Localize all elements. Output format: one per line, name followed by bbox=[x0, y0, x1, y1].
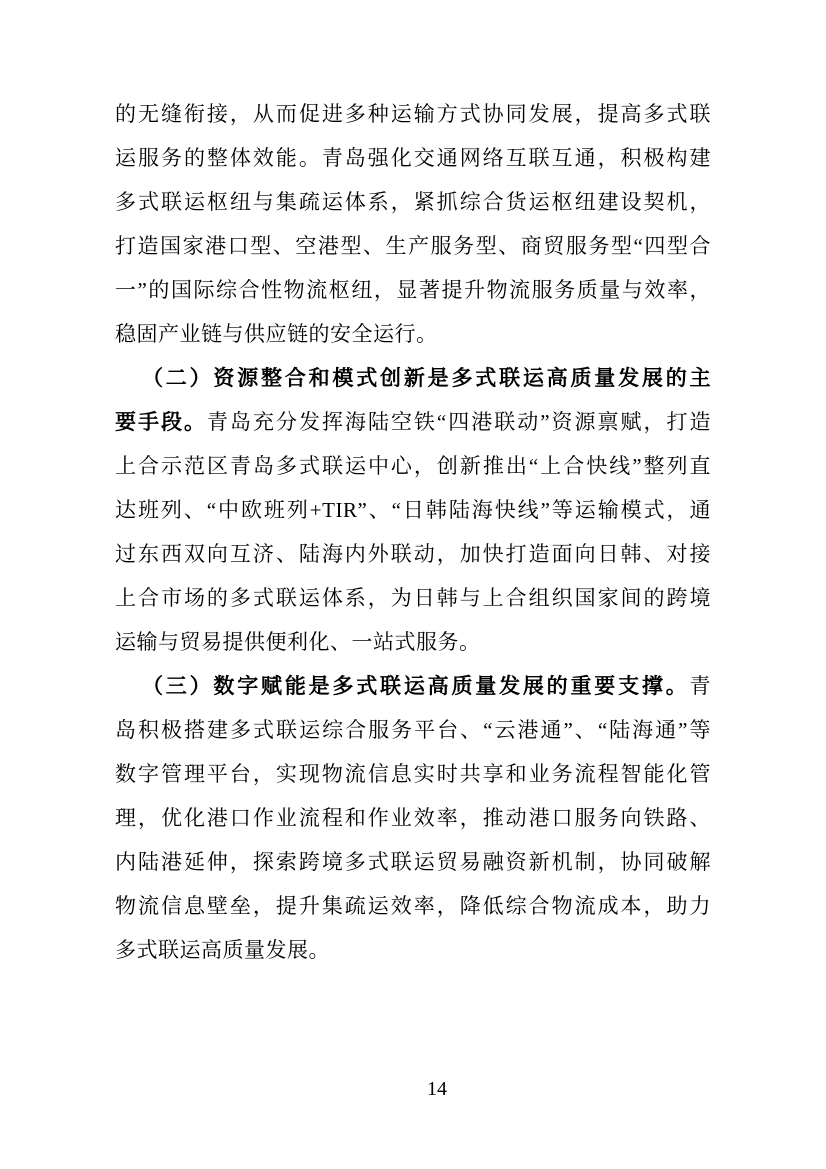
text-run: 物流信息壁垒，提升集疏运效率，降低综合物流成本，助力 bbox=[115, 894, 711, 918]
text-run: 运服务的整体效能。青岛强化交通网络互联互通，积极构建 bbox=[115, 146, 711, 170]
text-run: 青岛充分发挥海陆空铁“四港联动”资源禀赋，打造 bbox=[207, 410, 711, 434]
text-line: 运输与贸易提供便利化、一站式服务。 bbox=[115, 620, 711, 664]
text-line: 上合市场的多式联运体系，为日韩与上合组织国家间的跨境 bbox=[115, 576, 711, 620]
text-line: 一”的国际综合性物流枢纽，显著提升物流服务质量与效率， bbox=[115, 268, 711, 312]
text-run-bold: （三）数字赋能是多式联运高质量发展的重要支撑。 bbox=[142, 674, 690, 698]
text-line: 多式联运枢纽与集疏运体系，紧抓综合货运枢纽建设契机， bbox=[115, 180, 711, 224]
text-run: 运输与贸易提供便利化、一站式服务。 bbox=[115, 630, 481, 654]
text-run: 青 bbox=[690, 674, 712, 698]
document-page: 的无缝衔接，从而促进多种运输方式协同发展，提高多式联运服务的整体效能。青岛强化交… bbox=[0, 0, 826, 1169]
text-run: 达班列、“中欧班列+TIR”、“日韩陆海快线”等运输模式，通 bbox=[115, 498, 711, 522]
text-line: 物流信息壁垒，提升集疏运效率，降低综合物流成本，助力 bbox=[115, 884, 711, 928]
text-line: 多式联运高质量发展。 bbox=[115, 928, 711, 972]
text-run: 一”的国际综合性物流枢纽，显著提升物流服务质量与效率， bbox=[115, 278, 711, 302]
text-line: 的无缝衔接，从而促进多种运输方式协同发展，提高多式联 bbox=[115, 92, 711, 136]
text-line: 稳固产业链与供应链的安全运行。 bbox=[115, 312, 711, 356]
text-line: 上合示范区青岛多式联运中心，创新推出“上合快线”整列直 bbox=[115, 444, 711, 488]
text-line: 打造国家港口型、空港型、生产服务型、商贸服务型“四型合 bbox=[115, 224, 711, 268]
page-number: 14 bbox=[427, 1078, 447, 1100]
text-line: 运服务的整体效能。青岛强化交通网络互联互通，积极构建 bbox=[115, 136, 711, 180]
text-run: 上合示范区青岛多式联运中心，创新推出“上合快线”整列直 bbox=[115, 454, 711, 478]
text-line: 内陆港延伸，探索跨境多式联运贸易融资新机制，协同破解 bbox=[115, 840, 711, 884]
text-run: 内陆港延伸，探索跨境多式联运贸易融资新机制，协同破解 bbox=[115, 850, 711, 874]
text-run: 上合市场的多式联运体系，为日韩与上合组织国家间的跨境 bbox=[115, 586, 711, 610]
text-line: 岛积极搭建多式联运综合服务平台、“云港通”、“陆海通”等 bbox=[115, 708, 711, 752]
paragraph: （二）资源整合和模式创新是多式联运高质量发展的主要手段。青岛充分发挥海陆空铁“四… bbox=[115, 356, 711, 664]
text-run: 数字管理平台，实现物流信息实时共享和业务流程智能化管 bbox=[115, 762, 711, 786]
text-line: （二）资源整合和模式创新是多式联运高质量发展的主 bbox=[115, 356, 711, 400]
paragraph: （三）数字赋能是多式联运高质量发展的重要支撑。青岛积极搭建多式联运综合服务平台、… bbox=[115, 664, 711, 972]
text-run-bold: 要手段。 bbox=[115, 410, 207, 434]
text-run: 岛积极搭建多式联运综合服务平台、“云港通”、“陆海通”等 bbox=[115, 718, 711, 742]
text-run: 理，优化港口作业流程和作业效率，推动港口服务向铁路、 bbox=[115, 806, 711, 830]
text-line: 理，优化港口作业流程和作业效率，推动港口服务向铁路、 bbox=[115, 796, 711, 840]
text-run-bold: （二）资源整合和模式创新是多式联运高质量发展的主 bbox=[142, 366, 711, 390]
text-run: 稳固产业链与供应链的安全运行。 bbox=[115, 322, 438, 346]
text-run: 打造国家港口型、空港型、生产服务型、商贸服务型“四型合 bbox=[115, 234, 711, 258]
document-body: 的无缝衔接，从而促进多种运输方式协同发展，提高多式联运服务的整体效能。青岛强化交… bbox=[115, 92, 711, 972]
text-line: 达班列、“中欧班列+TIR”、“日韩陆海快线”等运输模式，通 bbox=[115, 488, 711, 532]
text-line: （三）数字赋能是多式联运高质量发展的重要支撑。青 bbox=[115, 664, 711, 708]
text-run: 的无缝衔接，从而促进多种运输方式协同发展，提高多式联 bbox=[115, 102, 711, 126]
text-line: 过东西双向互济、陆海内外联动，加快打造面向日韩、对接 bbox=[115, 532, 711, 576]
text-line: 要手段。青岛充分发挥海陆空铁“四港联动”资源禀赋，打造 bbox=[115, 400, 711, 444]
text-run: 多式联运枢纽与集疏运体系，紧抓综合货运枢纽建设契机， bbox=[115, 190, 711, 214]
text-run: 多式联运高质量发展。 bbox=[115, 938, 330, 962]
text-run: 过东西双向互济、陆海内外联动，加快打造面向日韩、对接 bbox=[115, 542, 711, 566]
text-line: 数字管理平台，实现物流信息实时共享和业务流程智能化管 bbox=[115, 752, 711, 796]
paragraph: 的无缝衔接，从而促进多种运输方式协同发展，提高多式联运服务的整体效能。青岛强化交… bbox=[115, 92, 711, 356]
page-footer: 14 bbox=[0, 1076, 826, 1102]
